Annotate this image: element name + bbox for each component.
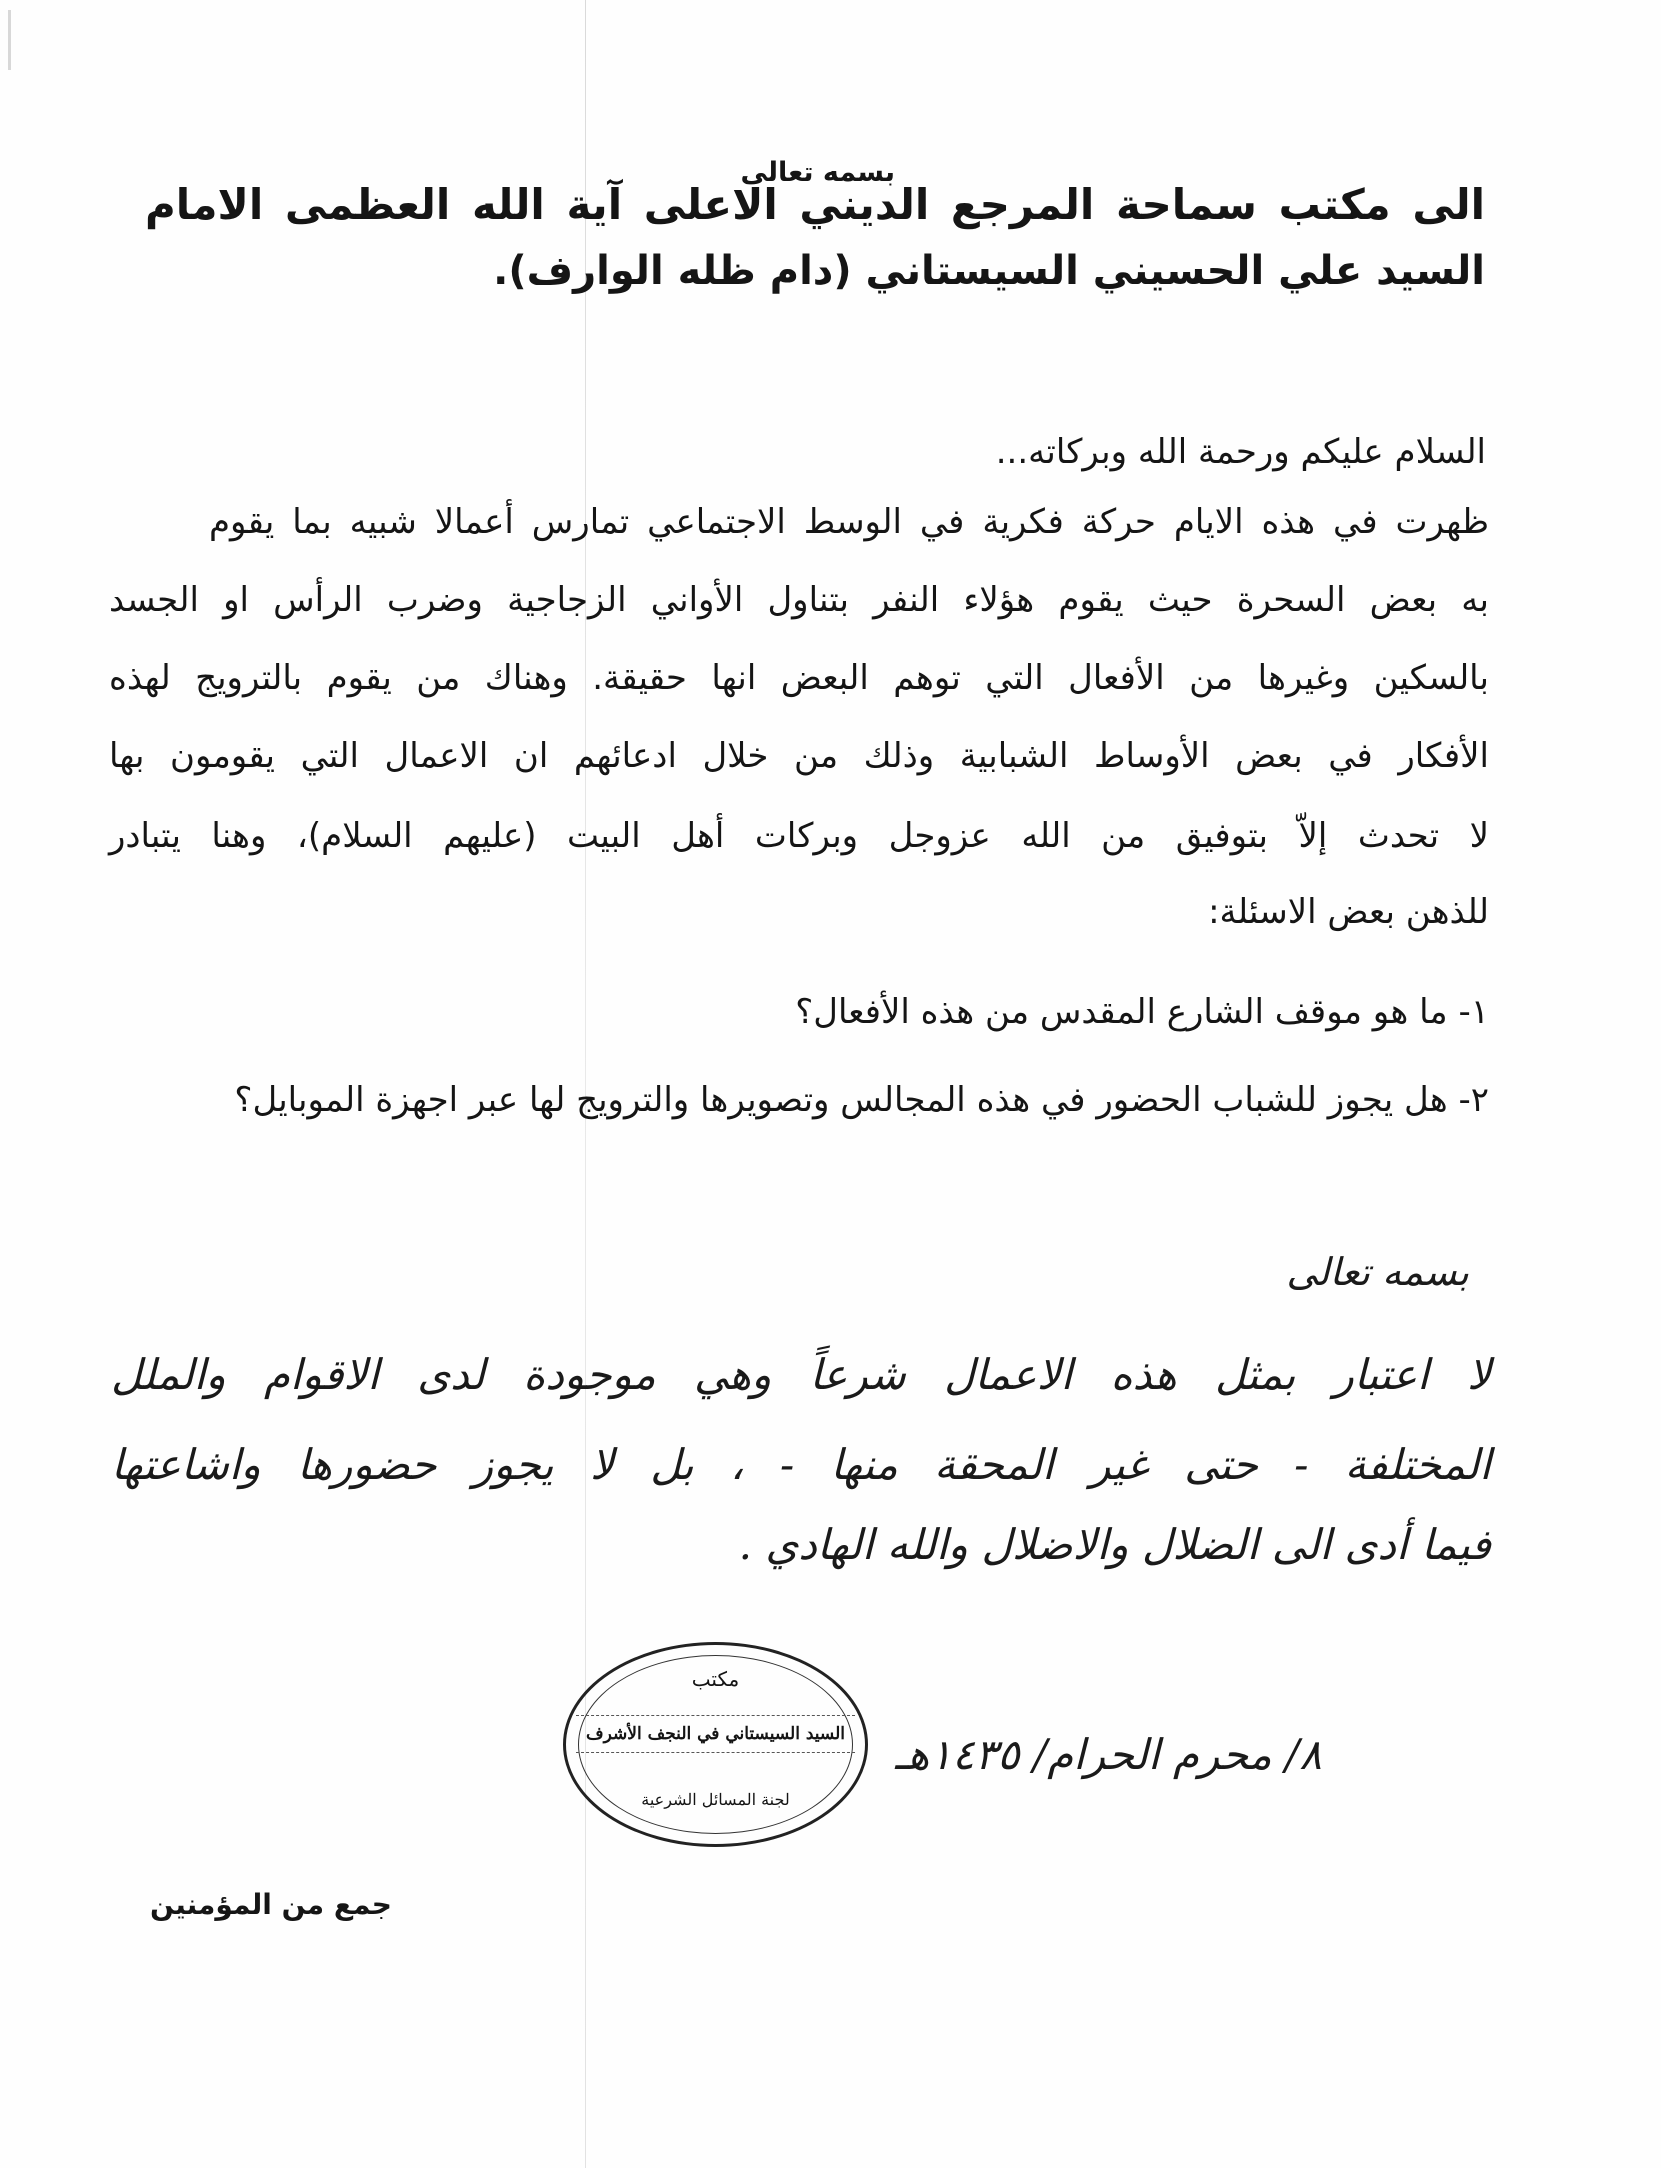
answer-invocation: بسمه تعالى bbox=[1286, 1250, 1469, 1294]
body-line: به بعض السحرة حيث يقوم هؤلاء النفر بتناو… bbox=[109, 580, 1489, 620]
letter-signature: جمع من المؤمنين bbox=[150, 1888, 392, 1921]
scanned-letter-page: بسمه تعالى الى مكتب سماحة المرجع الديني … bbox=[0, 0, 1661, 2168]
addressee-line-1: الى مكتب سماحة المرجع الديني الاعلى آية … bbox=[145, 180, 1485, 229]
seal-bottom-text: لجنة المسائل الشرعية bbox=[566, 1790, 865, 1809]
answer-line: فيما أدى الى الضلال والاضلال والله الهاد… bbox=[411, 1520, 1491, 1569]
answer-date: ٨/ محرم الحرام/ ١٤٣٥هـ bbox=[895, 1730, 1322, 1779]
seal-top-text: مكتب bbox=[566, 1667, 865, 1691]
answer-line: لا اعتبار بمثل هذه الاعمال شرعاً وهي موج… bbox=[111, 1350, 1491, 1399]
letter-greeting: السلام عليكم ورحمة الله وبركاته... bbox=[996, 432, 1486, 472]
seal-middle-text: السيد السيستاني في النجف الأشرف bbox=[576, 1715, 855, 1753]
scan-edge-mark bbox=[8, 10, 11, 70]
body-line: الأفكار في بعض الأوساط الشبابية وذلك من … bbox=[109, 736, 1489, 776]
body-line: لا تحدث إلاّ بتوفيق من الله عزوجل وبركات… bbox=[109, 816, 1489, 856]
question-2: ٢- هل يجوز للشباب الحضور في هذه المجالس … bbox=[234, 1080, 1489, 1120]
body-line: بالسكين وغيرها من الأفعال التي توهم البع… bbox=[109, 658, 1489, 698]
addressee-line-2: السيد علي الحسيني السيستاني (دام ظله الو… bbox=[493, 248, 1485, 294]
body-line: ظهرت في هذه الايام حركة فكرية في الوسط ا… bbox=[209, 502, 1489, 542]
answer-line: المختلفة - حتى غير المحقة منها - ، بل لا… bbox=[111, 1440, 1491, 1489]
office-seal-stamp: مكتب السيد السيستاني في النجف الأشرف لجن… bbox=[563, 1642, 868, 1847]
question-1: ١- ما هو موقف الشارع المقدس من هذه الأفع… bbox=[795, 992, 1489, 1032]
body-line: للذهن بعض الاسئلة: bbox=[109, 892, 1489, 932]
